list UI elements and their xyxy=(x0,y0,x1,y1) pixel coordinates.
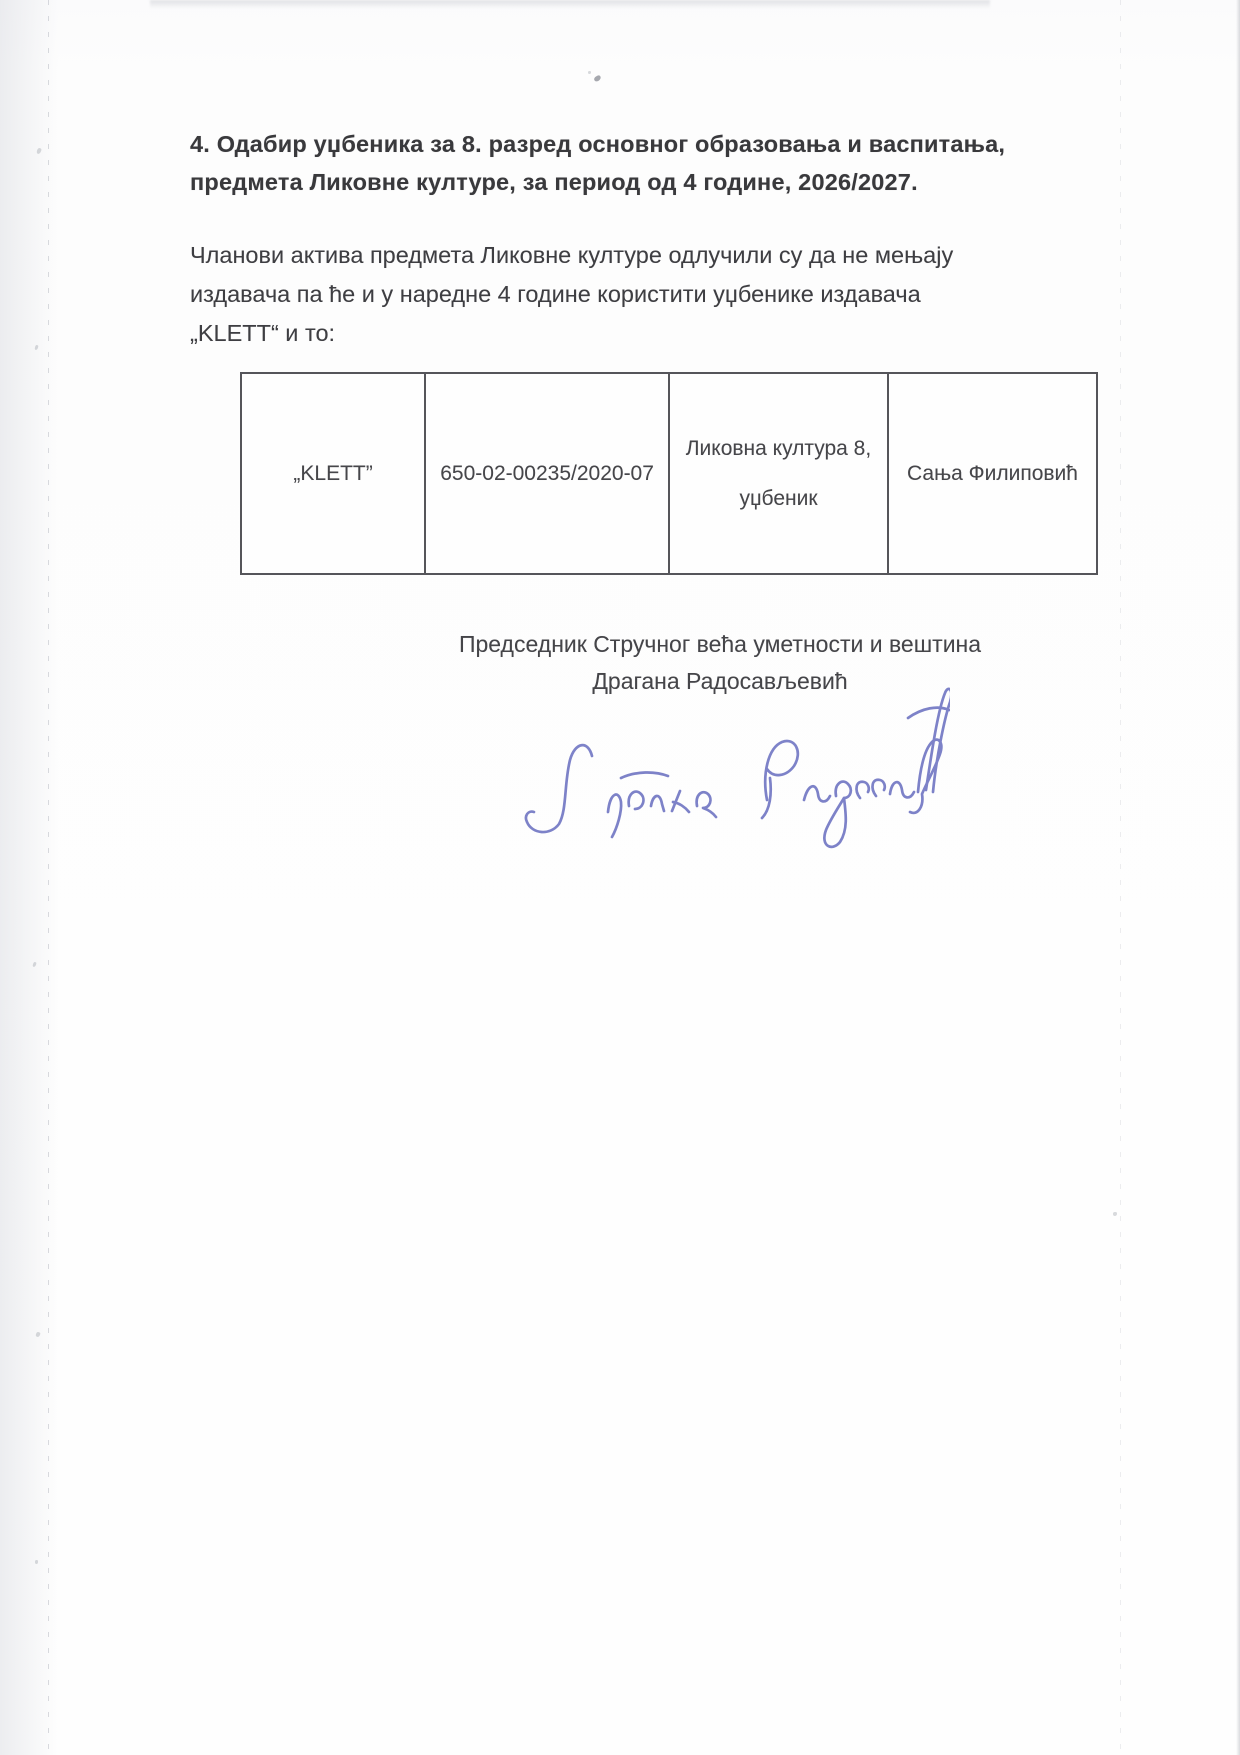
margin-speck xyxy=(35,1560,38,1564)
signatory-name: Драгана Радосављевић xyxy=(420,663,1020,700)
author-value: Сања Филиповић xyxy=(907,462,1078,486)
textbook-table: „KLETT” 650-02-00235/2020-07 Ликовна кул… xyxy=(240,372,1098,575)
table-cell-publisher: „KLETT” xyxy=(242,374,426,573)
signatory-role: Председник Стручног већа уметности и веш… xyxy=(420,626,1020,663)
textbook-title-line1: Ликовна култура 8, xyxy=(686,424,871,474)
table-cell-textbook-title: Ликовна култура 8, уџбеник xyxy=(670,374,889,573)
margin-speck xyxy=(34,345,38,351)
scan-edge-shadow-left xyxy=(0,0,58,1755)
scanned-document-page: 4. Одабир уџбеника за 8. разред основног… xyxy=(0,0,1240,1755)
margin-speck xyxy=(32,962,36,968)
section-heading-line2: предмета Ликовне културе, за период од 4… xyxy=(190,164,1050,202)
margin-speck xyxy=(1113,1212,1117,1216)
section-heading: 4. Одабир уџбеника за 8. разред основног… xyxy=(190,126,1050,201)
scan-smudge-top xyxy=(150,0,990,9)
body-paragraph-line3: „KLETT“ и то: xyxy=(190,314,1070,353)
ink-speck xyxy=(588,71,591,74)
table-cell-author: Сања Филиповић xyxy=(889,374,1096,573)
scan-fold-line-left xyxy=(48,0,49,1755)
scan-edge-shadow-right xyxy=(1236,0,1240,1755)
body-paragraph-line2: издавача па ће и у наредне 4 године кори… xyxy=(190,275,1070,314)
margin-speck xyxy=(36,147,42,154)
handwritten-signature xyxy=(520,678,950,858)
scan-fold-line-right xyxy=(1120,0,1121,1755)
publisher-value: „KLETT” xyxy=(293,462,372,486)
table-cell-approval-number: 650-02-00235/2020-07 xyxy=(426,374,670,573)
section-heading-line1: 4. Одабир уџбеника за 8. разред основног… xyxy=(190,126,1050,164)
ink-speck xyxy=(593,75,602,83)
signature-block: Председник Стручног већа уметности и веш… xyxy=(420,626,1020,700)
body-paragraph-line1: Чланови актива предмета Ликовне културе … xyxy=(190,236,1070,275)
signature-strokes xyxy=(526,689,950,847)
margin-speck xyxy=(35,1331,40,1337)
approval-number-value: 650-02-00235/2020-07 xyxy=(440,462,654,486)
textbook-title-line2: уџбеник xyxy=(739,474,817,524)
body-paragraph: Чланови актива предмета Ликовне културе … xyxy=(190,236,1070,353)
